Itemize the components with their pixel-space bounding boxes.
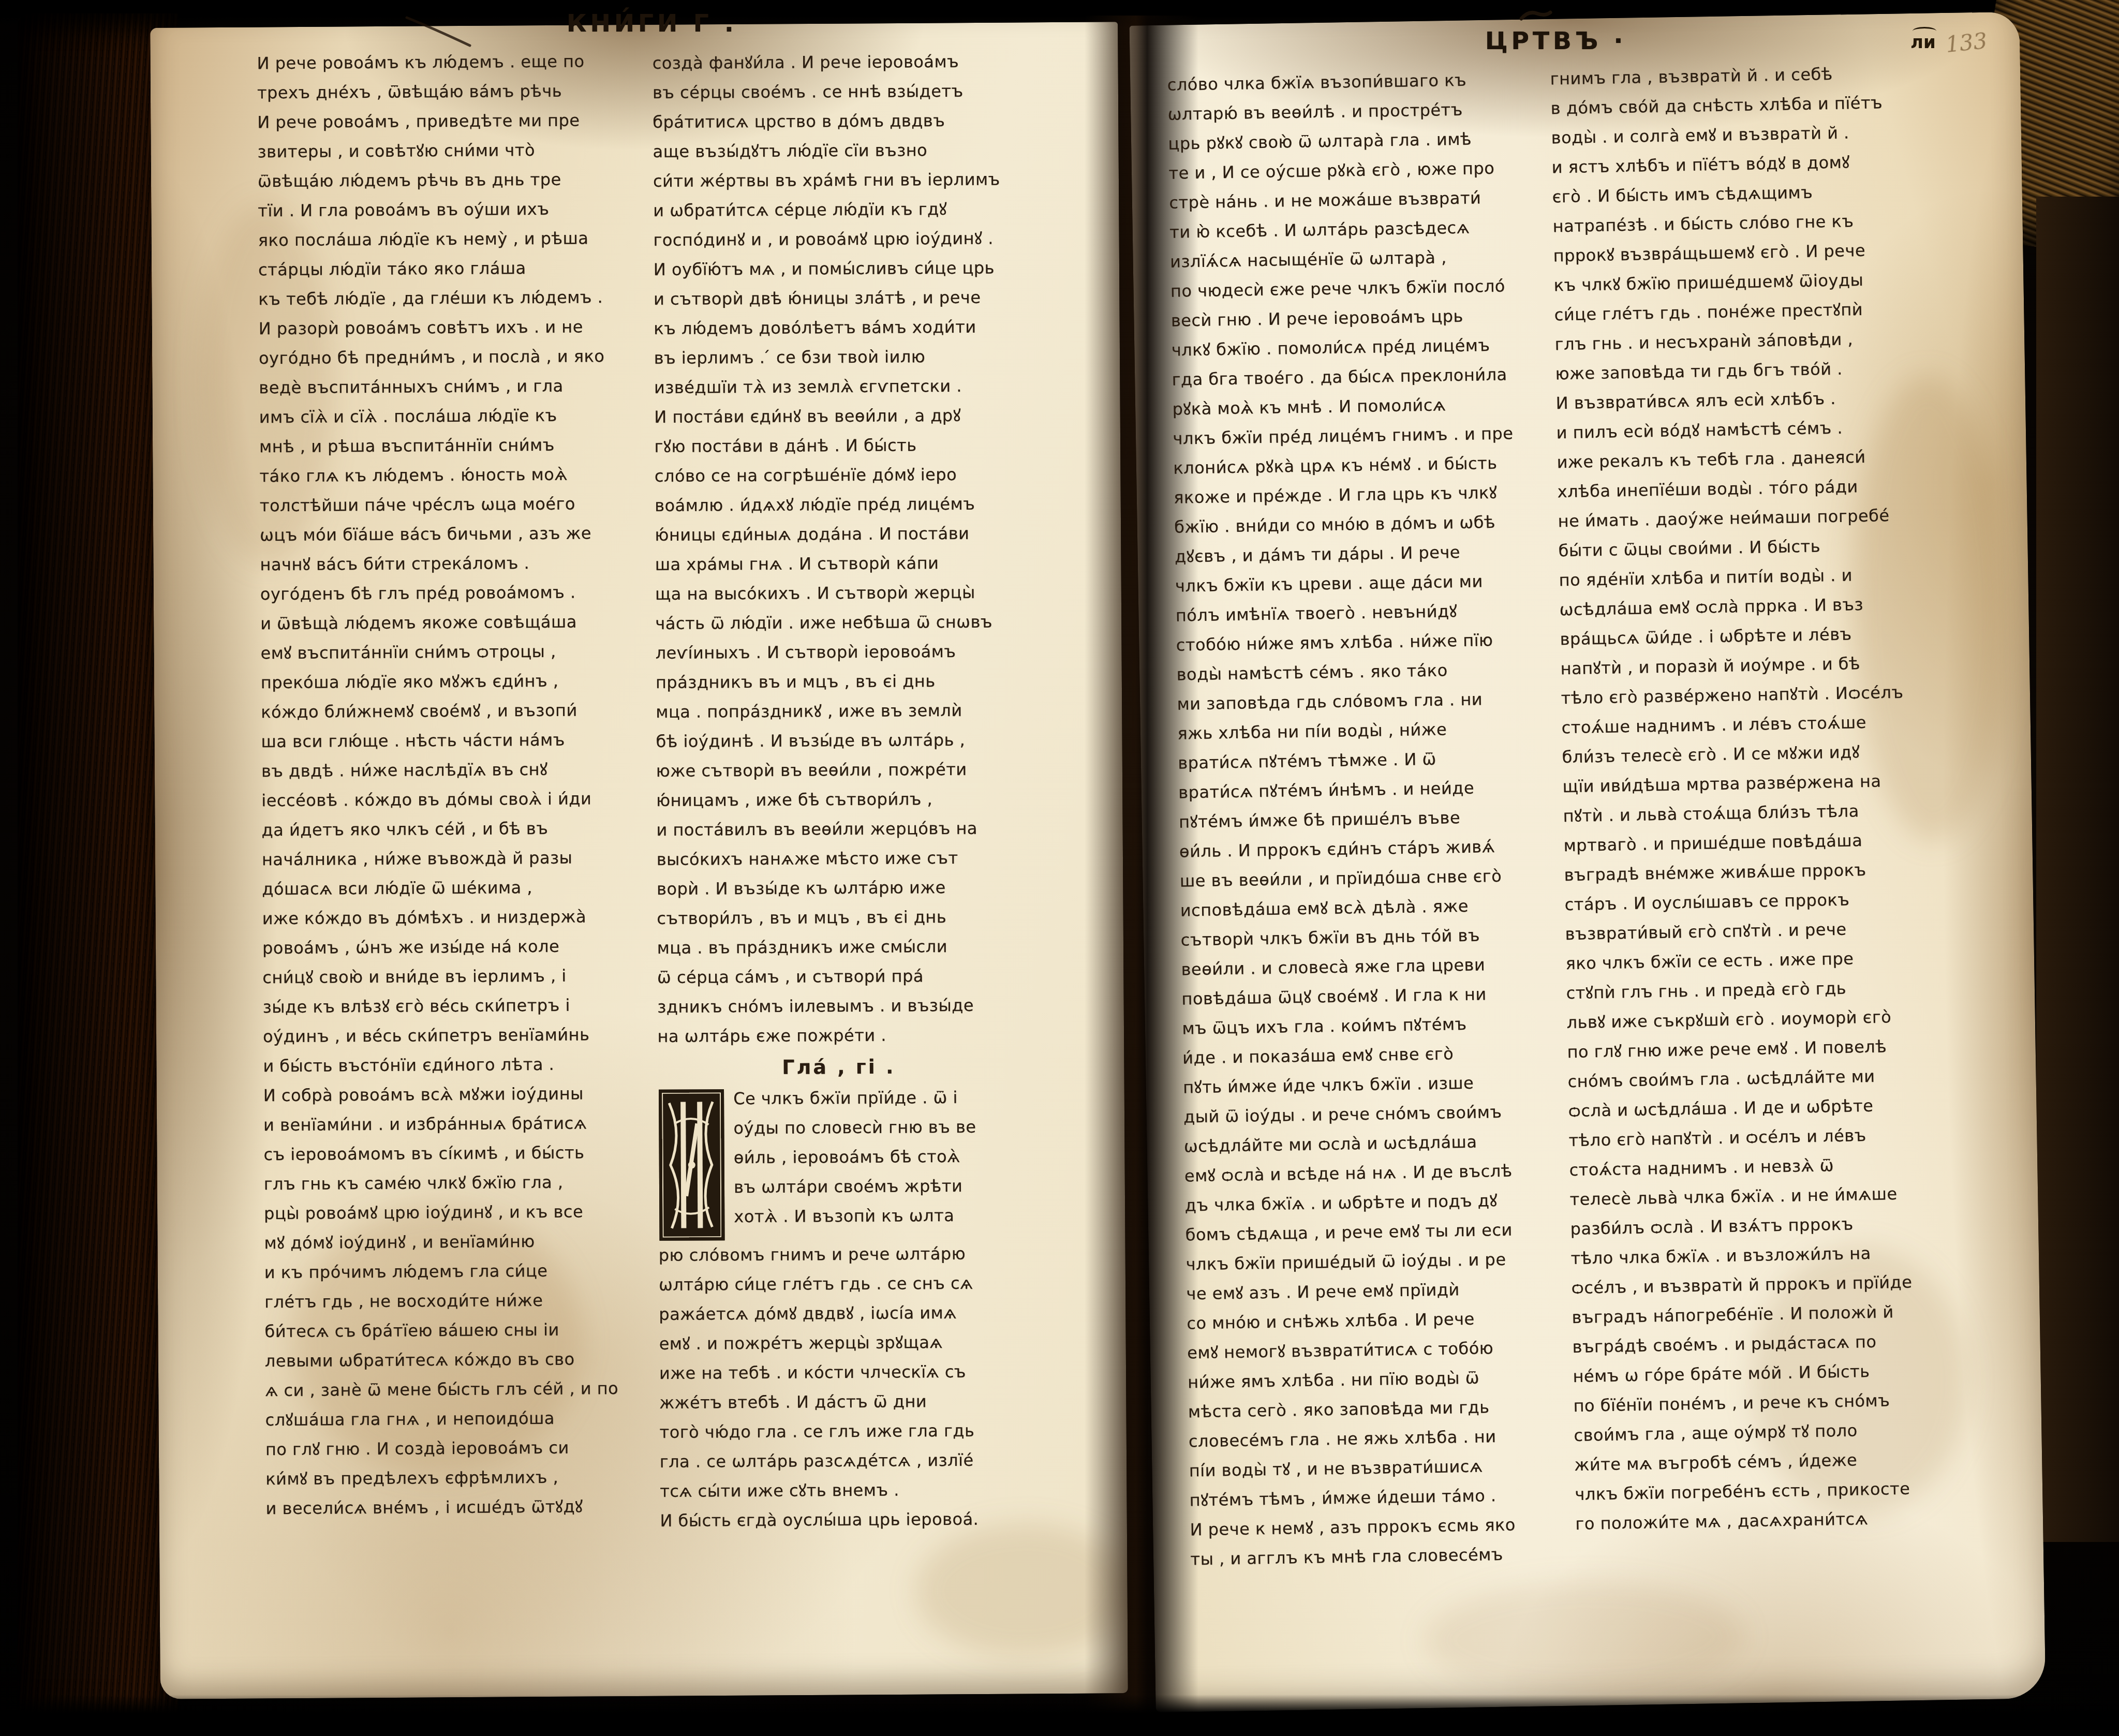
text-line: рцы̀ ровоа́мꙋ црю іоу́динꙋ , и къ все — [264, 1197, 621, 1228]
text-line: мца . попра́здникꙋ , иже въ землѝ — [656, 695, 1018, 727]
text-line: гꙋю поста́ви в да́нѣ . И бы́сть — [654, 430, 1016, 462]
binding-bottom-edge — [0, 1695, 2119, 1736]
text-line: тсѧ сы́ти иже сꙋть внемъ . — [660, 1475, 1022, 1506]
text-line: ше въ веѳи́ли , и прїидо́ша снве єго̀ — [1179, 860, 1542, 896]
text-line: и ѡбрати́тсѧ се́рце лю́дїи къ гдꙋ — [653, 194, 1015, 226]
text-line: ю́ницамъ , иже бѣ сътвори́лъ , — [656, 784, 1018, 815]
text-line: стобо́ю ни́же ямъ хлѣба . ни́же пїю — [1176, 625, 1538, 660]
text-line: и бы́сть въсто́нїи єди́ного лѣта . — [263, 1049, 620, 1081]
text-line: пра́здникъ въ и мцъ , въ єі днь — [656, 666, 1018, 698]
text-line: И бы́сть єгда̀ оуслы́ша црь іеровоа́. — [660, 1504, 1022, 1536]
text-line: би́тесѧ съ бра́тїею ва́шею сны іи — [264, 1315, 621, 1346]
fore-edge-right-side — [2036, 197, 2119, 1542]
text-line: глъ гнь къ саме́ю члкꙋ бжїю гла , — [264, 1167, 621, 1199]
text-line: ѡцъ мо́и бїа́ше ва́съ бичьми , азъ же — [260, 518, 617, 550]
text-line: юже сътворѝ въ веѳи́ли , пожре́ти — [656, 754, 1018, 786]
text-line: та́ко глѧ къ лю́демъ . ю́ность моѧ̀ — [259, 459, 616, 491]
text-line: и сътворѝ двѣ ю́ницы зла́тѣ , и рече — [654, 283, 1016, 314]
text-line: емꙋ въспита́ннїи сни́мъ ѻтроцы , — [260, 636, 617, 668]
text-line: И оубїю́тъ мѧ , и помы́сливъ си́це црь — [654, 253, 1016, 285]
text-line: изве́дшїи тѧ̀ из землѧ̀ єгѵпетски . — [654, 371, 1016, 403]
text-line: сло́во се на согрѣше́нїе до́мꙋ іеро — [655, 459, 1017, 491]
right-page-column-2: гнимъ гла , възвратѝ й . и себѣв до́мъ с… — [1550, 58, 1938, 1539]
text-line: ража́етсѧ до́мꙋ двдвꙋ , іѡсі́а имѧ — [659, 1298, 1021, 1329]
text-line: гла . се ѡлта́рь разсѧде́тсѧ , излїе́ — [660, 1445, 1022, 1477]
text-line: сътвори́лъ , въ и мцъ , въ єі днь — [657, 902, 1019, 933]
running-head-right: ЦРТВЪ · — [1485, 27, 1626, 55]
paper-stain — [1423, 1579, 1745, 1698]
text-line: го положи́те мѧ , дасѧхрани́тсѧ — [1575, 1503, 1938, 1539]
text-line: въ ѡлта́ри свое́мъ жрѣти — [734, 1171, 1020, 1202]
text-line: ѧ си , занѐ ѿ мене бы́сть глъ се́й , и п… — [265, 1374, 622, 1405]
text-line: оуго́денъ бѣ глъ пре́д ровоа́момъ . — [260, 577, 617, 609]
text-line: ша хра́мы гнѧ . И сътворѝ ка́пи — [655, 548, 1017, 580]
text-line: И рече ровоа́мъ , приведѣте ми пре — [257, 106, 614, 137]
text-line: и поста́вилъ въ веѳи́ли жерцо́въ на — [656, 813, 1018, 845]
text-line: толстѣйши па́че чре́слъ ѡца мое́го — [260, 489, 617, 521]
titlo-mark — [1519, 9, 1552, 21]
text-line: на ѡлта́рь єже пожре́ти . — [657, 1020, 1019, 1051]
marginal-pen-stroke — [404, 13, 476, 52]
text-line: мнѣ , и рѣша въспита́ннїи сни́мъ — [259, 430, 616, 462]
text-line: и ѿвѣща̀ лю́демъ якоже совѣща́ша — [260, 607, 617, 639]
text-line: сни́цꙋ свою̀ и вни́де въ іерлимъ , і — [262, 961, 619, 992]
text-line: левыми ѡбрати́тесѧ ко́ждо въ сво — [265, 1344, 622, 1376]
text-line: И поста́ви єди́нꙋ въ веѳи́ли , а дрꙋ — [654, 400, 1016, 432]
text-line: съ іеровоа́момъ въ сі́кимѣ , и бы́сть — [263, 1138, 620, 1169]
text-line: ведѐ въспита́нныхъ сни́мъ , и гла — [259, 371, 616, 403]
text-line: иже на тебѣ . и ко́сти члческїѧ съ — [659, 1357, 1021, 1388]
text-line: по глꙋ гню . И созда̀ іеровоа́мъ си — [265, 1433, 623, 1464]
text-line: оу́ды по словесѝ гню въ ве — [733, 1112, 1020, 1143]
column-text: созда̀ фанꙋи́ла . И рече іеровоа́мъвъ се… — [652, 47, 1019, 1051]
text-line: хотѧ̀ . И възопѝ къ ѡлта — [734, 1200, 1020, 1231]
text-line: зы́де къ влѣзꙋ єго̀ ве́сь ски́петръ і — [262, 990, 619, 1022]
text-line: гле́тъ гдь , не восходи́те ни́же — [264, 1285, 621, 1317]
text-line: воа́млю . и́дѧхꙋ лю́дїе пре́д лице́мъ — [655, 489, 1017, 521]
left-page-column-1: И рече ровоа́мъ къ лю́демъ . еще потрехъ… — [257, 47, 623, 1523]
text-line: дый ѿ іоу́ды . и рече сно́мъ свои́мъ — [1183, 1096, 1546, 1132]
text-line: ща на высо́кихъ . И сътворѝ жерцы̀ — [655, 577, 1017, 609]
text-line: ѿвѣща́ю лю́демъ рѣчь въ днь тре — [258, 165, 615, 196]
text-line: бжїю . вни́ди со мно́ю в до́мъ и ѡбѣ — [1174, 507, 1537, 542]
column-text: Се члкъ бжїи прїи́де . ѿ іоу́ды по слове… — [733, 1082, 1020, 1231]
ornate-initial — [659, 1089, 725, 1241]
running-head-left: КНИ́ГИ Г . — [567, 9, 737, 38]
text-line: иже ко́ждо въ до́мѣхъ . и низдержа̀ — [262, 902, 619, 933]
folio-number: ли — [1910, 32, 1936, 53]
text-line: начнꙋ ва́съ би́ти стрека́ломъ . — [260, 548, 617, 580]
text-line: въ се́рцы свое́мъ . се ннѣ взы́детъ — [653, 76, 1015, 108]
text-line: аще възы́дꙋтъ лю́дїе сїи възно — [653, 135, 1015, 167]
text-line: по бїе́нїи поне́мъ , и рече къ сно́мъ — [1573, 1385, 1936, 1421]
column-text: рю сло́вомъ гнимъ и рече ѡлта́рюѡлта́рю … — [659, 1239, 1023, 1536]
text-line: леѵі́иныхъ . И сътворѝ іеровоа́мъ — [655, 636, 1017, 668]
text-line: ки́мꙋ въ предѣлехъ єфрѣмлихъ , — [265, 1462, 623, 1494]
text-line: щїи иви́дѣша мртва разве́ржена на — [1562, 766, 1925, 802]
text-line: нача́лника , ни́же въвожда̀ й разы — [262, 843, 619, 874]
text-line: здникъ сно́мъ іилевымъ . и възы́де — [657, 990, 1019, 1022]
text-line: и венїами́ни . и избра́нныѧ бра́тисѧ — [263, 1108, 620, 1140]
text-line: бра́титисѧ црство в до́мъ двдвъ — [653, 106, 1015, 137]
text-line: ша вси глю́ще . нѣсть ча́сти на́мъ — [261, 725, 618, 756]
text-line: ѳи́ль , іеровоа́мъ бѣ стоѧ̀ — [734, 1141, 1020, 1173]
text-line: звитеры , и совѣтꙋю сни́ми что̀ — [257, 135, 614, 167]
text-line: ста́рцы лю́дїи та́ко яко гла́ша — [258, 253, 615, 285]
text-line: ѿ се́рца са́мъ , и сътвори́ пра́ — [657, 961, 1019, 992]
text-line: оу́динъ , и ве́сь ски́петръ венїами́нь — [263, 1020, 620, 1051]
text-line: къ лю́демъ дово́лѣетъ ва́мъ ходи́ти — [654, 312, 1016, 344]
text-line: оуго́дно бѣ предни́мъ , и посла̀ , и яко — [259, 342, 616, 373]
text-line: ча́сть ѿ лю́дїи . иже небѣша ѿ снѡвъ — [655, 607, 1017, 639]
text-line: мꙋ до́мꙋ іоу́динꙋ , и венїами́ню — [264, 1226, 621, 1258]
text-line: в до́мъ сво́й да снѣсть хлѣба и пїе́тъ — [1550, 87, 1913, 123]
text-line: И рече ровоа́мъ къ лю́демъ . еще по — [257, 47, 614, 78]
text-line: ворѝ . И възы́де къ ѡлта́рю иже — [657, 872, 1019, 904]
text-line: тѣло єго̀ разве́ржено напꙋтѝ . Иѻсе́лъ — [1561, 677, 1923, 713]
text-line: въ двдѣ . ни́же наслѣдїѧ въ снꙋ — [261, 754, 618, 786]
text-line: емꙋ . и пожре́тъ жерцы̀ зрꙋщаѧ — [659, 1327, 1021, 1359]
text-line: преко́ша лю́дїе яко мꙋжъ єди́нъ , — [261, 666, 618, 698]
text-line: и весели́сѧ вне́мъ , і исше́дъ ѿтꙋдꙋ — [265, 1492, 623, 1523]
text-line: трехъ дне́хъ , ѿвѣща́ю ва́мъ рѣчь — [257, 76, 614, 108]
text-line: ѡлта́рю си́це гле́тъ гдь . се снъ сѧ — [659, 1268, 1021, 1300]
text-line: мца . въ пра́здникъ иже смы́сли — [657, 931, 1019, 963]
text-line: госпо́динꙋ и , и ровоа́мꙋ црю іоу́динꙋ . — [653, 224, 1015, 255]
text-line: въ іерлимъ . ́ се бзи твоѝ іилю — [654, 342, 1016, 373]
text-line: по чюдесѝ єже рече члкъ бжїи посло́ — [1170, 271, 1533, 306]
text-line: гда бга твое́го . да бы́сѧ преклони́ла — [1172, 360, 1534, 395]
text-line: по глꙋ гню иже рече емꙋ . И повелѣ — [1567, 1031, 1930, 1067]
text-line: телесѐ льва̀ члка бжїѧ . и не и́мѧше — [1569, 1179, 1932, 1214]
text-line: высо́кихъ нанѧже мѣсто иже сът — [657, 843, 1019, 874]
left-page-column-2: созда̀ фанꙋи́ла . И рече іеровоа́мъвъ се… — [652, 47, 1022, 1536]
chapter-heading: Гла́ , гі . — [658, 1049, 1020, 1085]
text-line: не и́мать . даоу́же неи́маши погребе́ — [1558, 500, 1920, 536]
text-line: бѣ іоу́динѣ . И възы́де въ ѡлта́рь , — [656, 725, 1018, 756]
text-line: тїи . И гла ровоа́мъ въ оу́ши ихъ — [258, 194, 615, 226]
text-line: си́це гле́тъ гдь . поне́же престꙋпѝ — [1554, 294, 1917, 330]
text-line: И собра̀ ровоа́мъ всѧ̀ мꙋжи іоу́дины — [263, 1079, 620, 1110]
chapter-opening: Се члкъ бжїи прїи́де . ѿ іоу́ды по слове… — [658, 1082, 1021, 1241]
text-line: жже́тъ втебѣ . И да́стъ ѿ дни — [659, 1386, 1021, 1418]
text-line: ко́ждо бли́жнемꙋ свое́мꙋ , и възопи́ — [261, 695, 618, 727]
text-line: ровоа́мъ , ѡ́нъ же изы́де на́ коле — [262, 931, 619, 963]
text-line: того̀ чю́до гла . се глъ иже гла гдь — [659, 1416, 1021, 1447]
text-line: имъ сїѧ̀ и сїѧ̀ . посла́ша лю́дїе къ — [259, 400, 616, 432]
text-line: стрѐ на́нь . и не можа́ше възврати́ — [1169, 183, 1532, 218]
text-line: къ тебѣ лю́дїе , да гле́ши къ лю́демъ . — [258, 283, 615, 314]
text-line: до́шасѧ вси лю́дїе ѿ ше́кима , — [262, 872, 619, 904]
folio-handwritten: 133 — [1945, 28, 1989, 57]
text-line: члкъ бжїи погребе́нъ єсть , прикосте — [1575, 1474, 1937, 1509]
text-line: слꙋша́ша гла гнѧ , и непоидо́ша — [265, 1403, 622, 1435]
text-line: яко посла́ша лю́дїе къ нему̀ , и рѣша — [258, 224, 615, 255]
text-line: члкъ бжїи прише́дый ѿ іоу́ды . и ре — [1186, 1244, 1548, 1279]
text-line: іессе́овѣ . ко́ждо въ до́мы своѧ̀ і и́ди — [261, 784, 618, 815]
text-line: Се члкъ бжїи прїи́де . ѿ і — [733, 1082, 1020, 1114]
text-line: иже рекалъ къ тебѣ гла . данеяси́ — [1557, 441, 1919, 477]
text-line: ю́ницы єди́ныѧ дода́на . И поста́ви — [655, 518, 1017, 550]
text-line: въградъ на́погребе́нїе . И положѝ й — [1572, 1297, 1934, 1332]
text-line: И разорѝ ровоа́мъ совѣтъ ихъ . и не — [258, 312, 615, 344]
text-line: рю сло́вомъ гнимъ и рече ѡлта́рю — [659, 1239, 1021, 1270]
right-page-column-1: сло́во члка бжїѧ възопи́вшаго къѡлтарю́ … — [1167, 65, 1553, 1575]
text-line: ты , и агглъ къ мнѣ гла словесе́мъ — [1190, 1539, 1553, 1574]
text-line: и къ про́чимъ лю́демъ гла си́це — [264, 1256, 621, 1287]
text-line: си́ти же́ртвы въ хра́мѣ гни въ іерлимъ — [653, 165, 1015, 196]
book-photo: КНИ́ГИ Г . ЦРТВЪ · ли 133 И рече ровоа́м… — [0, 0, 2119, 1736]
text-line: созда̀ фанꙋи́ла . И рече іеровоа́мъ — [652, 47, 1014, 78]
text-line: да и́детъ яко члкъ се́й , и бѣ въ — [261, 813, 618, 845]
